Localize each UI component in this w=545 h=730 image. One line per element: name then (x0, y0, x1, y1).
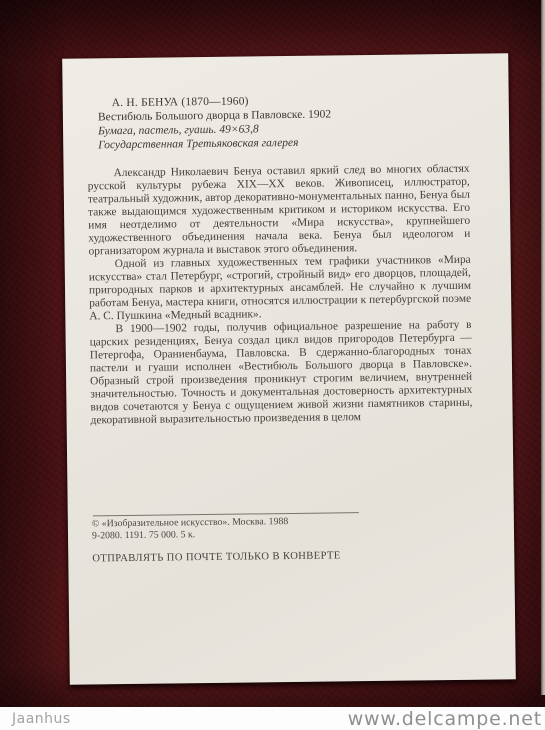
postcard-content: А. Н. БЕНУА (1870—1960) Вестибюль Большо… (62, 53, 514, 565)
caption-block: А. Н. БЕНУА (1870—1960) Вестибюль Большо… (98, 92, 470, 153)
page-edge-sliver (541, 0, 545, 695)
description-text: Александр Николаевич Бенуа оставил яркий… (88, 163, 473, 428)
postcard-back: А. Н. БЕНУА (1870—1960) Вестибюль Большо… (62, 53, 516, 684)
description-paragraph: Александр Николаевич Бенуа оставил яркий… (88, 163, 471, 259)
seller-watermark: Jaanhus (12, 711, 71, 727)
description-paragraph: Одной из главных художественных тем граф… (89, 254, 472, 324)
postal-notice: ОТПРАВЛЯТЬ ПО ПОЧТЕ ТОЛЬКО В КОНВЕРТЕ (92, 549, 474, 566)
colophon-block: © «Изобразительное искусство». Москва. 1… (92, 511, 475, 566)
site-watermark: www.delcampe.net (348, 708, 542, 730)
watermark-strip: Jaanhus www.delcampe.net (0, 707, 545, 730)
description-paragraph: В 1900—1902 годы, получив официальное ра… (89, 319, 472, 428)
listing-photo: А. Н. БЕНУА (1870—1960) Вестибюль Большо… (0, 0, 545, 730)
